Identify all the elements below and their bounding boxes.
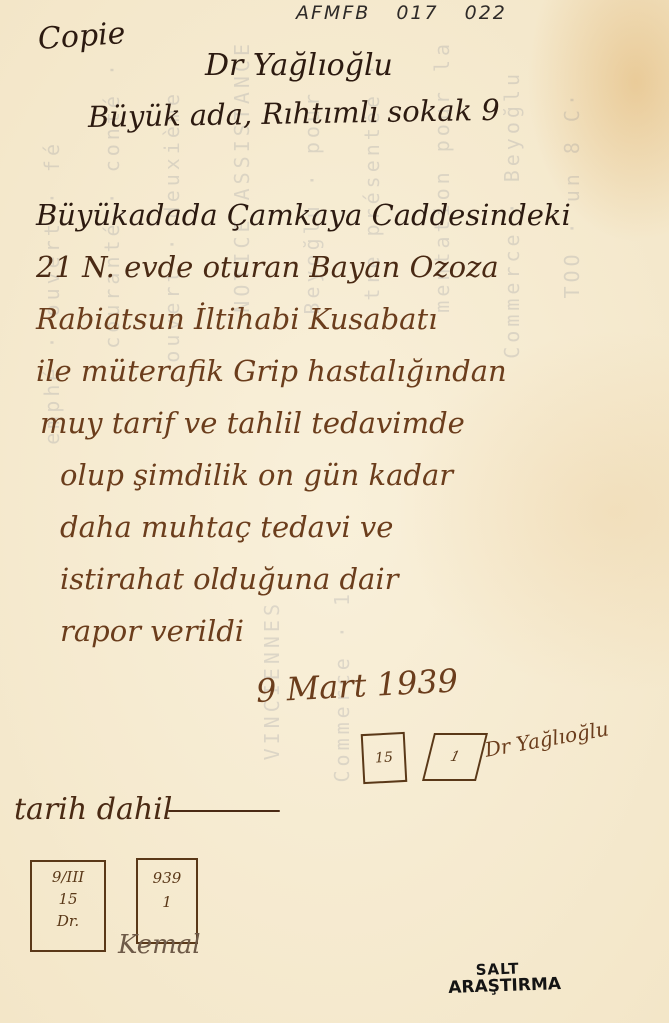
report-date: 9 Mart 1939: [255, 661, 459, 710]
footer-box-right-line2: 1: [138, 890, 196, 914]
archive-code: AFMFB 017 022: [296, 2, 507, 24]
footer-note-underline: [168, 810, 280, 812]
doctor-name: Dr Yağlıoğlu: [205, 48, 393, 83]
body-line-9: rapor verildi: [60, 614, 244, 648]
salt-arastirma-stamp: SALT ARAŞTIRMA: [447, 960, 561, 998]
document-page: emphé · ouvert · fé couranté · conté · o…: [0, 0, 669, 1023]
body-line-8: istirahat olduğuna dair: [60, 562, 398, 596]
footer-box-left-line3: Dr.: [32, 910, 104, 932]
footer-box-left-line2: 15: [32, 888, 104, 910]
body-line-1: Büyükadada Çamkaya Caddesindeki: [36, 198, 571, 232]
body-line-5: muy tarif ve tahlil tedavimde: [40, 406, 465, 440]
body-line-2: 21 N. evde oturan Bayan Ozoza: [36, 250, 499, 284]
footer-note: tarih dahil: [14, 792, 172, 827]
doctor-address: Büyük ada, Rıhtımlı sokak 9: [88, 93, 500, 134]
registration-box-2: 1: [422, 733, 488, 781]
registration-signature: Dr Yağlıoğlu: [483, 716, 611, 761]
body-line-6: olup şimdilik on gün kadar: [60, 458, 453, 492]
stamp-line-2: ARAŞTIRMA: [448, 976, 561, 998]
copy-label: Copie: [37, 16, 127, 57]
footer-box-left-line1: 9/III: [32, 866, 104, 888]
body-line-3: Rabiatsun İltihabi Kusabatı: [36, 302, 437, 336]
footer-signature: Kemal: [118, 930, 201, 960]
footer-box-right-line1: 939: [138, 866, 196, 890]
footer-box-left: 9/III 15 Dr.: [30, 860, 106, 952]
body-line-4: ile müterafik Grip hastalığından: [36, 354, 507, 388]
registration-box-2-value: 1: [449, 749, 462, 765]
registration-box-1-value: 15: [375, 750, 394, 767]
body-line-7: daha muhtaç tedavi ve: [60, 510, 393, 544]
registration-box-1: 15: [361, 732, 408, 784]
